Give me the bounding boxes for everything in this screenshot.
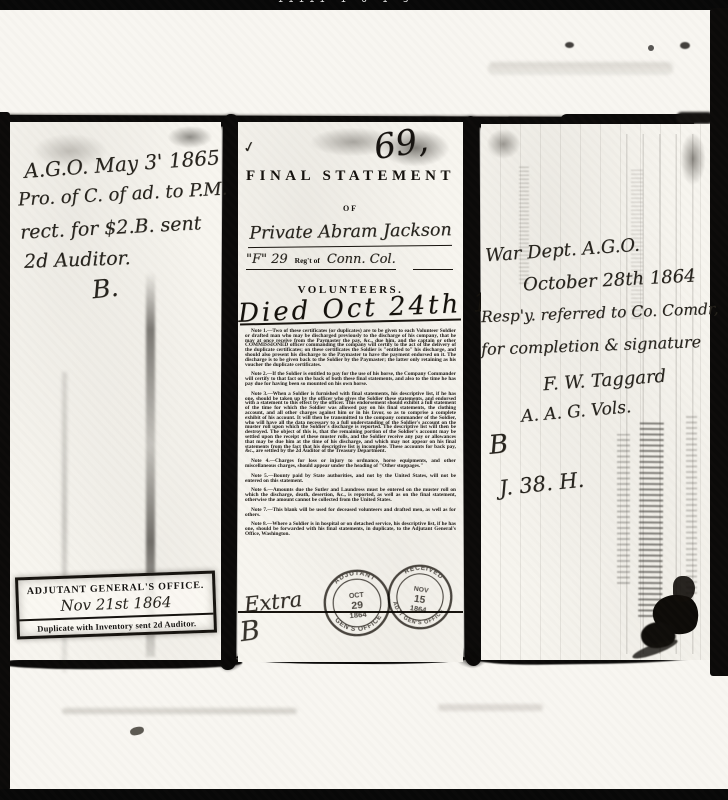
check-mark: ✓	[241, 137, 257, 157]
note-5: Note 5.—Bounty paid by State authorities…	[245, 474, 456, 484]
note-4: Note 4.—Charges for loss or injury to or…	[245, 459, 456, 469]
note-8: Note 8.—Where a Soldier is in hospital o…	[245, 522, 456, 536]
endorsement-line: 2d Auditor.	[24, 247, 131, 273]
company-entry: "F" 29	[246, 252, 288, 267]
stamp-inner: ADJUTANT GENERAL'S OFFICE. Nov 21st 1864	[18, 574, 213, 622]
adjutant-generals-office-stamp: ADJUTANT GENERAL'S OFFICE. Nov 21st 1864…	[15, 571, 217, 640]
film-frame-marks: IIIII 1 6 1 3	[278, 0, 413, 5]
gray-smudge	[676, 124, 710, 194]
svg-text:1864: 1864	[409, 603, 428, 615]
document-scan: IIIII 1 6 1 3 A.G.O. May 3' 1865 Pro. of…	[0, 0, 728, 800]
film-strip-top: IIIII 1 6 1 3	[0, 0, 728, 10]
page-number: 69,	[371, 120, 431, 168]
gray-smudge	[481, 124, 526, 164]
name-underline	[248, 245, 452, 249]
bleed-through-text-dark	[638, 422, 664, 617]
form-title: FINAL STATEMENT	[238, 168, 463, 185]
bleed-through-text	[617, 434, 630, 584]
note-7: Note 7.—This blank will be used for dece…	[245, 508, 456, 518]
gray-smudge	[488, 62, 673, 75]
regiment-label: Reg't of	[292, 256, 323, 265]
bleed-through-text	[686, 414, 697, 594]
fold-shadow-tail	[676, 112, 714, 124]
ink-speck	[565, 42, 574, 48]
endorsement-line: rect. for $2.B. sent	[20, 212, 202, 243]
note-6: Note 6.—Amounts due the Sutler and Laund…	[245, 488, 456, 502]
note-1: Note 1.—Two of these certificates (or du…	[245, 329, 456, 367]
film-edge-right	[710, 8, 728, 676]
gray-smudge	[438, 704, 543, 711]
soldier-name: Private Abram Jackson	[238, 220, 463, 244]
final-statement-form: ✓ 69, FINAL STATEMENT OF Private Abram J…	[238, 122, 463, 662]
svg-text:1864: 1864	[349, 610, 368, 621]
unit-line: "F" 29 Reg't of Conn. Col.	[246, 250, 396, 268]
left-page: A.G.O. May 3' 1865 Pro. of C. of ad. to …	[10, 122, 221, 660]
of-label: OF	[238, 204, 463, 213]
notes-block: Note 1.—Two of these certificates (or du…	[245, 329, 456, 542]
right-page: War Dept. A.G.O. October 28th 1864 Resp'…	[481, 124, 710, 660]
ink-speck	[129, 726, 144, 736]
svg-text:RECEIVED: RECEIVED	[402, 562, 445, 582]
initial-flourish: B	[487, 429, 509, 461]
endorsement-line: Pro. of C. of ad. to P.M.	[18, 179, 228, 211]
gray-smudge	[62, 708, 297, 714]
film-strip-bottom	[0, 789, 728, 800]
unit-underline	[246, 269, 396, 270]
endorsement-initial: B.	[91, 273, 120, 305]
bleed-through-text	[519, 164, 529, 284]
annotation-initial: B	[238, 615, 262, 648]
ink-speck	[648, 45, 654, 51]
note-3: Note 3.—When a Soldier is furnished with…	[245, 392, 456, 454]
page-gap-right	[462, 116, 483, 666]
received-nov-15-stamp: RECEIVED ADJT GEN'S OFFICE NOV 15 1864	[381, 558, 459, 636]
film-edge-left	[0, 112, 10, 792]
note-2: Note 2.—If the Soldier is entitled to pa…	[245, 372, 456, 386]
unit-underline-tail	[413, 269, 453, 270]
regiment-entry: Conn. Col.	[327, 252, 396, 267]
ink-speck	[680, 42, 690, 49]
